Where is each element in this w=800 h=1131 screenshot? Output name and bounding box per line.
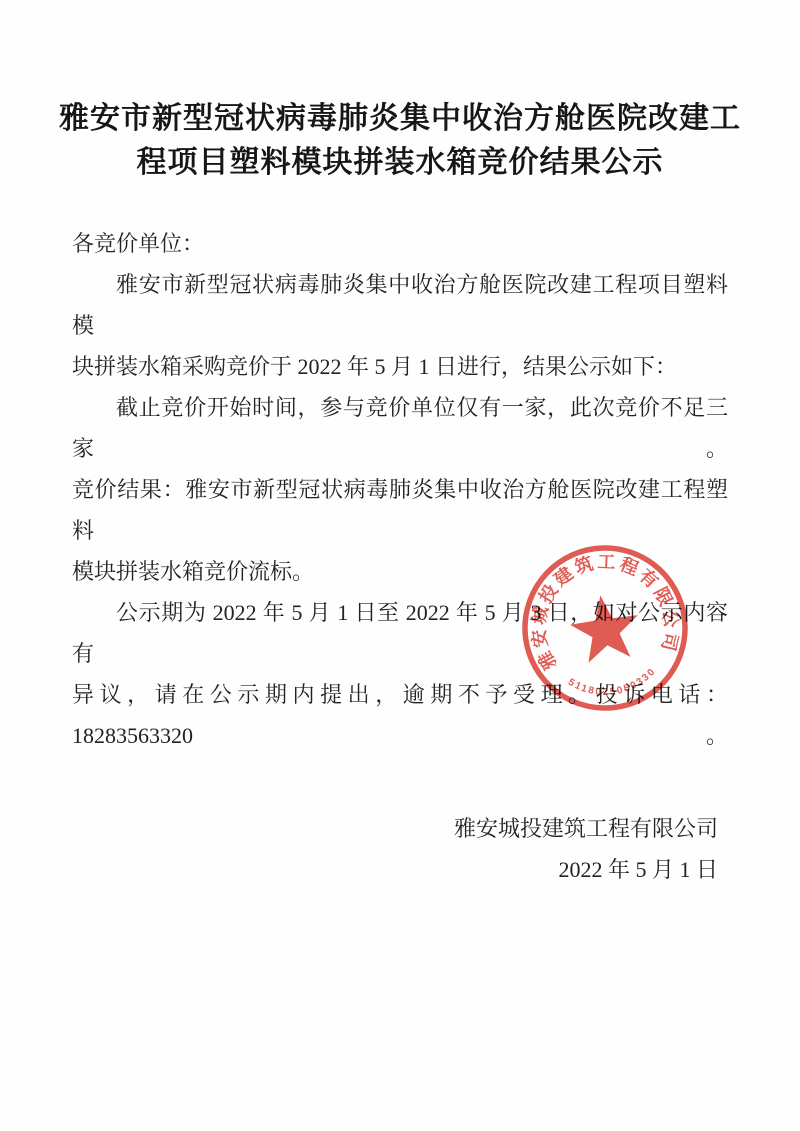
paragraph2-line3: 模块拼装水箱竞价流标。 [72, 551, 728, 592]
signature-date: 2022 年 5 月 1 日 [0, 849, 718, 890]
document-body: 各竞价单位： 雅安市新型冠状病毒肺炎集中收治方舱医院改建工程项目塑料模 块拼装水… [72, 223, 728, 756]
title-line-1: 雅安市新型冠状病毒肺炎集中收治方舱医院改建工 [0, 97, 800, 141]
salutation-line: 各竞价单位： [72, 223, 728, 264]
paragraph3-line2: 异议，请在公示期内提出，逾期不予受理。投诉电话：18283563320。 [72, 674, 728, 756]
paragraph1-line2: 块拼装水箱采购竞价于 2022 年 5 月 1 日进行，结果公示如下： [72, 346, 728, 387]
title-line-2: 程项目塑料模块拼装水箱竞价结果公示 [0, 141, 800, 185]
paragraph1-line1: 雅安市新型冠状病毒肺炎集中收治方舱医院改建工程项目塑料模 [72, 264, 728, 346]
signature-block: 雅安城投建筑工程有限公司 2022 年 5 月 1 日 [0, 808, 800, 890]
paragraph2-line2: 竞价结果：雅安市新型冠状病毒肺炎集中收治方舱医院改建工程塑料 [72, 469, 728, 551]
signature-company: 雅安城投建筑工程有限公司 [0, 808, 718, 849]
document-title: 雅安市新型冠状病毒肺炎集中收治方舱医院改建工 程项目塑料模块拼装水箱竞价结果公示 [0, 97, 800, 185]
paragraph2-line1: 截止竞价开始时间，参与竞价单位仅有一家，此次竞价不足三家。 [72, 387, 728, 469]
announcement-page: 雅安市新型冠状病毒肺炎集中收治方舱医院改建工 程项目塑料模块拼装水箱竞价结果公示… [0, 0, 800, 1131]
paragraph3-line1: 公示期为 2022 年 5 月 1 日至 2022 年 5 月 3 日，如对公示… [72, 592, 728, 674]
